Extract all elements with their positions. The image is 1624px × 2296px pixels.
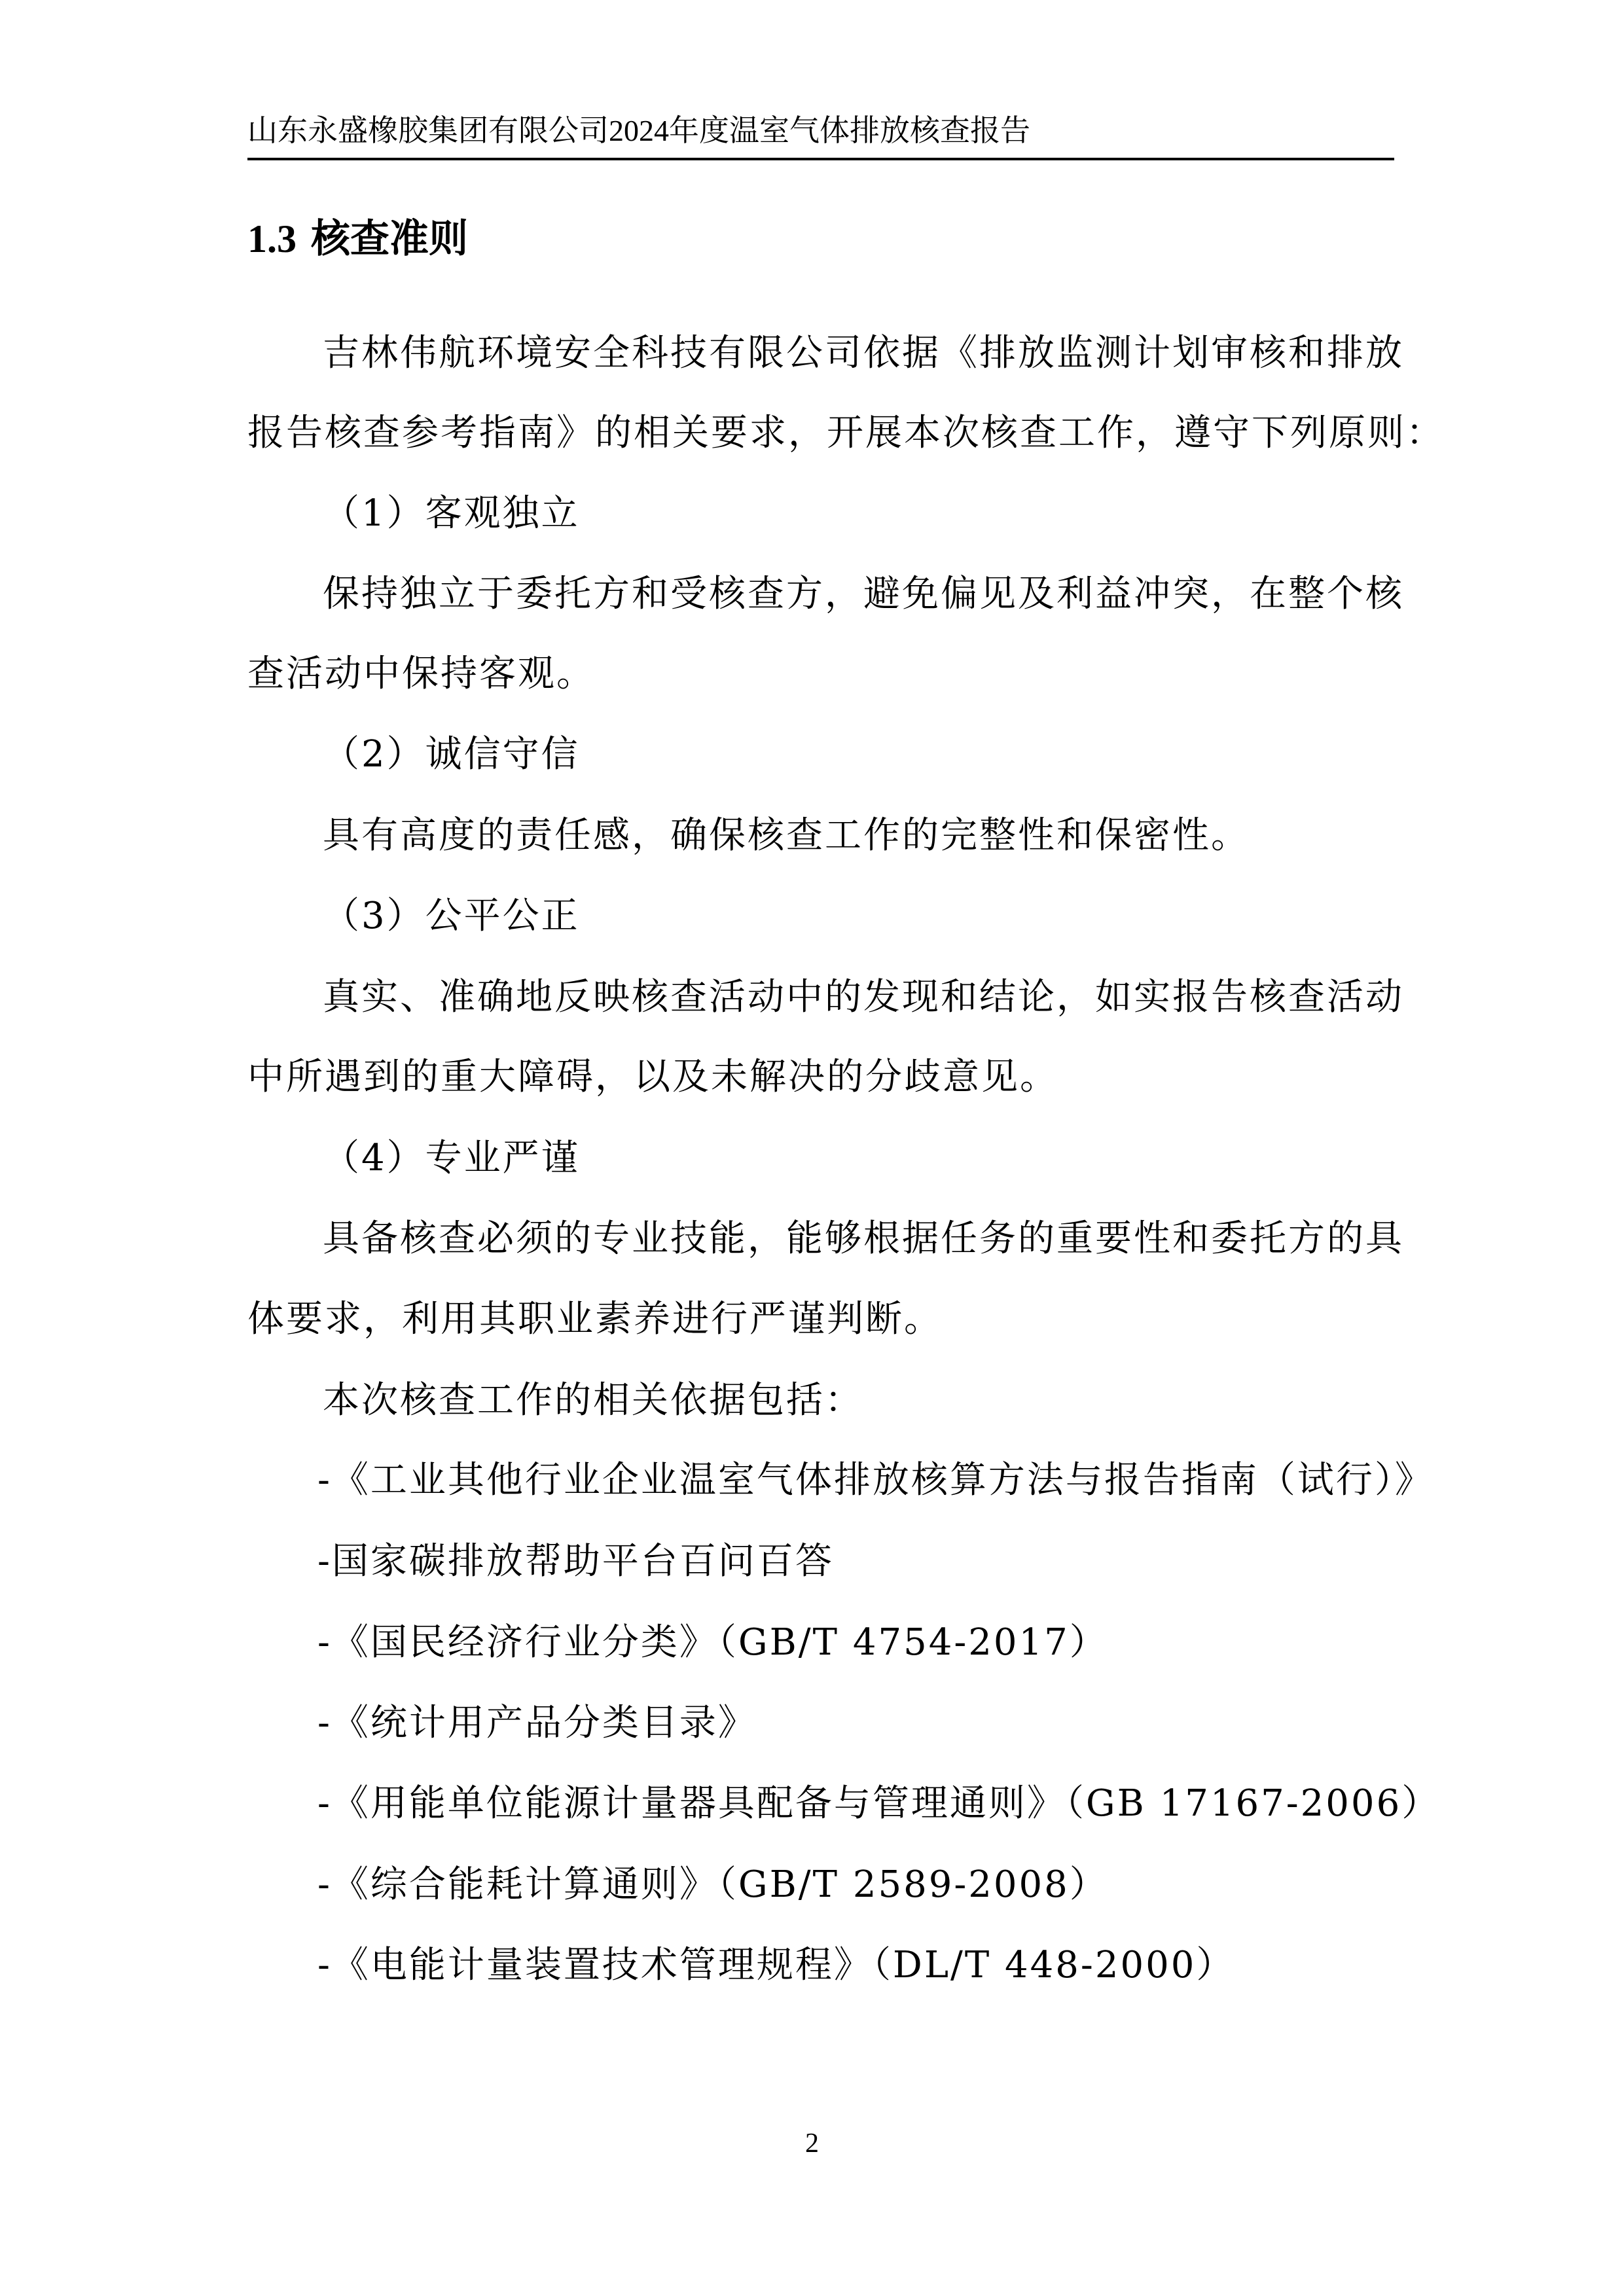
- basis-item: -《用能单位能源计量器具配备与管理通则》（GB 17167-2006）: [317, 1778, 1464, 1830]
- principle-heading-2: （2）诚信守信: [323, 728, 1470, 781]
- page-number: 2: [0, 2124, 1624, 2163]
- basis-item: -《工业其他行业企业温室气体排放核算方法与报告指南（试行）》: [317, 1454, 1464, 1507]
- principle-text-3b: 中所遇到的重大障碍，以及未解决的分歧意见。: [247, 1051, 1394, 1103]
- principle-text-3a: 真实、准确地反映核查活动中的发现和结论，如实报告核查活动: [323, 971, 1394, 1024]
- basis-item: -《统计用产品分类目录》: [317, 1697, 1464, 1749]
- intro-line-2: 报告核查参考指南》的相关要求，开展本次核查工作，遵守下列原则：: [247, 407, 1394, 459]
- principle-text-4a: 具备核查必须的专业技能，能够根据任务的重要性和委托方的具: [323, 1213, 1394, 1265]
- principle-text-1b: 查活动中保持客观。: [247, 648, 1394, 700]
- header-rule: [247, 158, 1394, 160]
- basis-item: -《综合能耗计算通则》（GB/T 2589-2008）: [317, 1859, 1464, 1911]
- intro-line-1: 吉林伟航环境安全科技有限公司依据《排放监测计划审核和排放: [323, 327, 1394, 380]
- principle-heading-4: （4）专业严谨: [323, 1132, 1470, 1185]
- principle-heading-3: （3）公平公正: [323, 890, 1470, 942]
- principle-text-2a: 具有高度的责任感，确保核查工作的完整性和保密性。: [323, 810, 1394, 862]
- basis-item: -《国民经济行业分类》（GB/T 4754-2017）: [317, 1617, 1464, 1669]
- basis-item: -国家碳排放帮助平台百问百答: [317, 1535, 1464, 1588]
- section-number: 1.3: [247, 217, 297, 260]
- basis-item: -《电能计量装置技术管理规程》（DL/T 448-2000）: [317, 1939, 1464, 1992]
- principle-heading-1: （1）客观独立: [323, 488, 1470, 540]
- document-page: 山东永盛橡胶集团有限公司2024年度温室气体排放核查报告 1.3核查准则 吉林伟…: [0, 0, 1624, 2296]
- principle-text-1a: 保持独立于委托方和受核查方，避免偏见及利益冲突，在整个核: [323, 568, 1394, 620]
- basis-intro: 本次核查工作的相关依据包括：: [323, 1374, 1394, 1427]
- section-heading: 1.3核查准则: [247, 213, 468, 265]
- section-title: 核查准则: [311, 216, 468, 262]
- principle-text-4b: 体要求，利用其职业素养进行严谨判断。: [247, 1293, 1394, 1346]
- running-header: 山东永盛橡胶集团有限公司2024年度温室气体排放核查报告: [247, 111, 1030, 151]
